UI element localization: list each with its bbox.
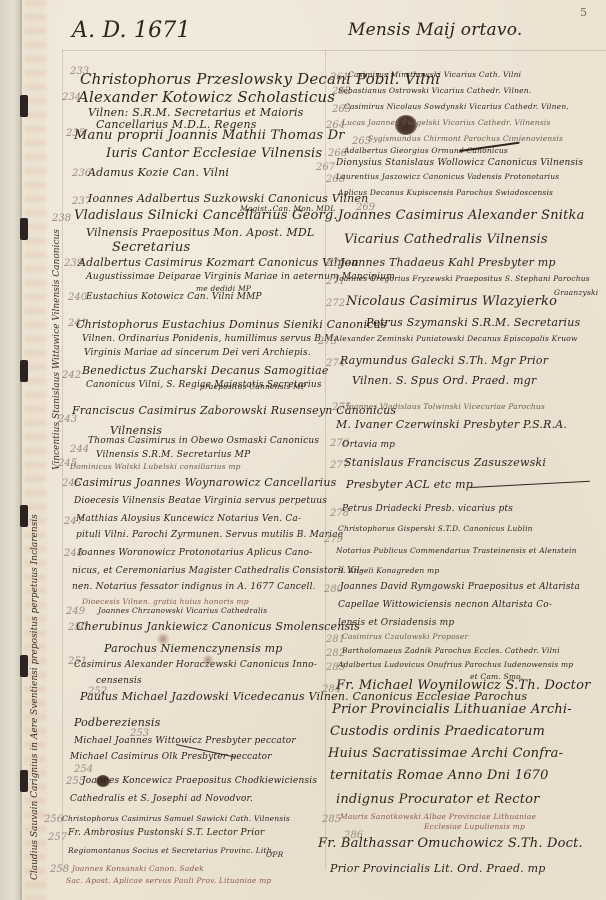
entry-line: Huius Sacratissimae Archi Confra- [328,746,563,761]
entry-line: Stanislaus Franciscus Zasuszewski [344,456,546,469]
entry-line: OPR [266,850,283,859]
entry-line: Regiomontanus Socius et Secretarius Prov… [68,846,274,855]
entry-number: 267 [316,162,335,173]
entry-line: censensis [96,676,142,686]
entry-number: 261 [330,72,349,83]
entry-line: Joannes Casimirus Alexander Snitka [338,208,585,223]
entry-line: indignus Procurator et Rector [336,792,540,807]
entry-line: nen. Notarius fessator indignus in A. 16… [72,582,316,592]
entry-line: Custodis ordinis Praedicatorum [330,724,545,739]
month-heading: Mensis Maij ortavo. [348,20,522,40]
entry-line: Joannes Chrzanowski Vicarius Cathedralis [98,606,267,615]
entry-line: Joannes David Rymgowski Praepositus et A… [340,582,580,592]
entry-line: Michael Casimirus Olk Presbyter peccator [70,752,272,762]
entry-line: Raymundus Galecki S.Th. Mgr Prior [340,354,548,367]
entry-line: Casimirus Joannes Woynarowicz Cancellari… [74,476,337,489]
binding-hole [20,95,28,117]
entry-line: lensis et Orsiadensis mp [338,618,454,628]
entry-number: 272 [326,298,345,309]
entry-line: Laurentius Jaszowicz Canonicus Vadensis … [336,172,559,181]
entry-line: Michael Joannes Wittowicz Presbyter pecc… [74,736,296,746]
entry-line: nicus, et Ceremoniarius Magister Cathedr… [72,566,363,576]
entry-line: Joannes Vladislaus Tolwinski Vicecuriae … [346,402,545,411]
entry-line: Ortavia mp [342,440,395,450]
entry-line: Christophorus Eustachius Dominus Sieniki… [76,318,387,331]
entry-line: Cherubinus Jankiewicz Canonicus Smolensc… [76,620,360,633]
entry-line: S. Angeli Konagreden mp [338,566,439,575]
entry-line: Casimirus Alexander Horaczewski Canonicu… [74,660,317,670]
entry-line: Capellae Wittowiciensis necnon Altarista… [338,600,552,610]
entry-line: Dioecesis Vilnensis Beatae Virginia serv… [74,496,327,506]
entry-line: Vilnen. Ordinarius Ponidenis, humillimus… [82,334,337,344]
entry-line: Dominicus Wolski Lubelski consiliarius m… [70,462,241,471]
entry-line: Prior Provincialis Lit. Ord. Praed. mp [330,862,545,875]
entry-line: Aplicus Decanus Kupiscensis Parochus Swi… [338,188,553,197]
margin-note-upper: Vincentius Stanislaus Wittawice Vilnensi… [52,229,62,470]
entry-line: Petrus Driadecki Presb. vicarius pts [342,504,513,514]
entry-line: Sac. Apost. Aplicae servus Pauli Prov. L… [66,876,271,885]
entry-line: Thomas Casimirus in Obewo Osmaski Canoni… [88,436,319,446]
entry-line: Vicarius Cathedralis Vilnensis [344,232,548,247]
entry-number: 285 [322,814,341,825]
entry-line: Benedictus Zucharski Decanus Samogitiae [82,364,329,377]
binding-hole [20,655,28,677]
margin-note-lower: Claudius Sauvain Carignius in Aere Svent… [30,514,40,880]
entry-number: 249 [66,606,85,617]
strike-through-line [470,481,590,488]
entry-line: Eustachius Kotowicz Can. Vilni MMP [86,292,262,302]
entry-number: 279 [324,534,343,545]
entry-line: Dioecesis Vilnen. gratia huius honoris m… [82,597,249,606]
entry-line: Vilnen. S. Spus Ord. Praed. mgr [352,374,536,387]
entry-line: Bartholomaeus Zadnik Parochus Eccles. Ca… [342,646,560,655]
entry-line: Cathedralis et S. Josephi ad Novodvor. [70,794,253,804]
entry-line: Petrus Szymanski S.R.M. Secretarius [366,316,580,329]
entry-line: Christophorus Gisperski S.T.D. Canonicus… [338,524,533,533]
entry-line: Prior Provincialis Lithuaniae Archi- [332,702,572,717]
entry-line: Casimirus Czaulowski Proposer [342,632,468,641]
entry-number: 244 [70,444,89,455]
entry-line: Notarius Publicus Commendarius Trasteine… [336,546,577,555]
page-number: 5 [580,6,587,19]
entry-line: Casimirus Minsthowski Vicarius Cath. Vil… [348,70,521,79]
entry-line: Joannes Thadaeus Kahl Presbyter mp [340,256,556,269]
entry-line: Fr. Michael Woynilowicz S.Th. Doctor [336,678,591,693]
header-ruling [62,50,606,51]
entry-line: Casimirus Nicolaus Sowdynski Vicarius Ca… [344,102,569,111]
binding-gutter [0,0,20,900]
entry-line: Presbyter ACL etc mp [346,478,473,491]
entry-line: pituli Vilni. Parochi Zyrmunen. Servus m… [76,530,343,540]
year-heading: A. D. 1671 [72,18,191,43]
entry-line: Sygismundus Chirmont Parochus Cimienovie… [368,134,563,143]
entry-line: Ioannes Woronowicz Protonotarius Aplicus… [78,548,312,558]
entry-number: 257 [48,832,67,843]
binding-hole [20,505,28,527]
entry-line: ternitatis Romae Anno Dni 1670 [330,768,549,783]
entry-line: Secretarius [112,240,190,255]
binding-hole [20,770,28,792]
entry-number: 256 [44,814,63,825]
entry-line: Christophorus Casimirus Samuel Sawicki C… [62,814,290,823]
entry-number: 240 [68,292,87,303]
entry-line: Alexander Zeminski Puniatowski Decanus E… [334,334,578,343]
entry-line: Sebastianus Ostrowski Vicarius Cathedr. … [338,86,531,95]
entry-line: Vladislaus Silnicki Cancellarius Georg. [74,208,338,223]
entry-line: Adamus Kozie Can. Vilni [88,166,229,179]
entry-line: Joannes Koncewicz Praepositus Chodkiewic… [82,776,317,786]
entry-number: 242 [62,370,81,381]
binding-hole [20,218,28,240]
entry-line: Lucas Joannes Swigelski Vicarius Cathedr… [342,118,551,127]
entry-line: Alexander Kotowicz Scholasticus [78,88,335,106]
entry-line: Parochus Niemenczynensis mp [104,642,283,655]
column-divider-ruling [325,50,326,870]
entry-line: Virginis Mariae ad sincerum Dei veri Arc… [84,348,311,358]
entry-line: Graanzyski [554,288,598,297]
entry-line: Joannes Konsanski Canon. Sadek [72,864,204,873]
entry-line: praepositus Cannensis MP [200,382,306,391]
entry-line: Vilnensis S.R.M. Secretarius MP [96,450,250,460]
binding-hole [20,360,28,382]
entry-number: 238 [52,213,71,224]
entry-line: Adalbertus Casimirus Kozmart Canonicus V… [78,256,359,269]
entry-line: Iuris Cantor Ecclesiae Vilnensis [106,146,322,161]
gutter-edge [20,0,22,900]
entry-line: Nicolaus Casimirus Wlazyierko [346,294,557,309]
entry-line: Mauris Sanotkowski Albae Provinciae Lith… [340,812,536,821]
entry-line: Joannes Gregorius Fryzewski Praepositus … [336,274,590,283]
entry-line: Fr. Ambrosius Pustonski S.T. Lector Prio… [68,828,265,838]
entry-line: M. Ivaner Czerwinski Presbyter P.S.R.A. [336,418,567,431]
manuscript-page: A. D. 1671 Mensis Maij ortavo. 5 Vincent… [0,0,606,900]
entry-line: Adalbertus Ludovicus Onufrius Parochus I… [338,660,573,669]
entry-line: Vilnensis Praepositus Mon. Apost. MDL [86,226,314,239]
entry-line: Manu proprii Joannis Mathii Thomas Dr [74,128,345,143]
entry-line: Ecclesiae Lupuliensis mp [424,822,525,831]
entry-line: Dionysius Stanislaus Wollowicz Canonicus… [336,158,583,168]
entry-number: 258 [50,864,69,875]
entry-number: 254 [74,764,93,775]
entry-line: Matthias Aloysius Kuncewicz Notarius Ven… [76,514,301,524]
entry-line: Fr. Balthassar Omuchowicz S.Th. Doct. [318,836,583,851]
